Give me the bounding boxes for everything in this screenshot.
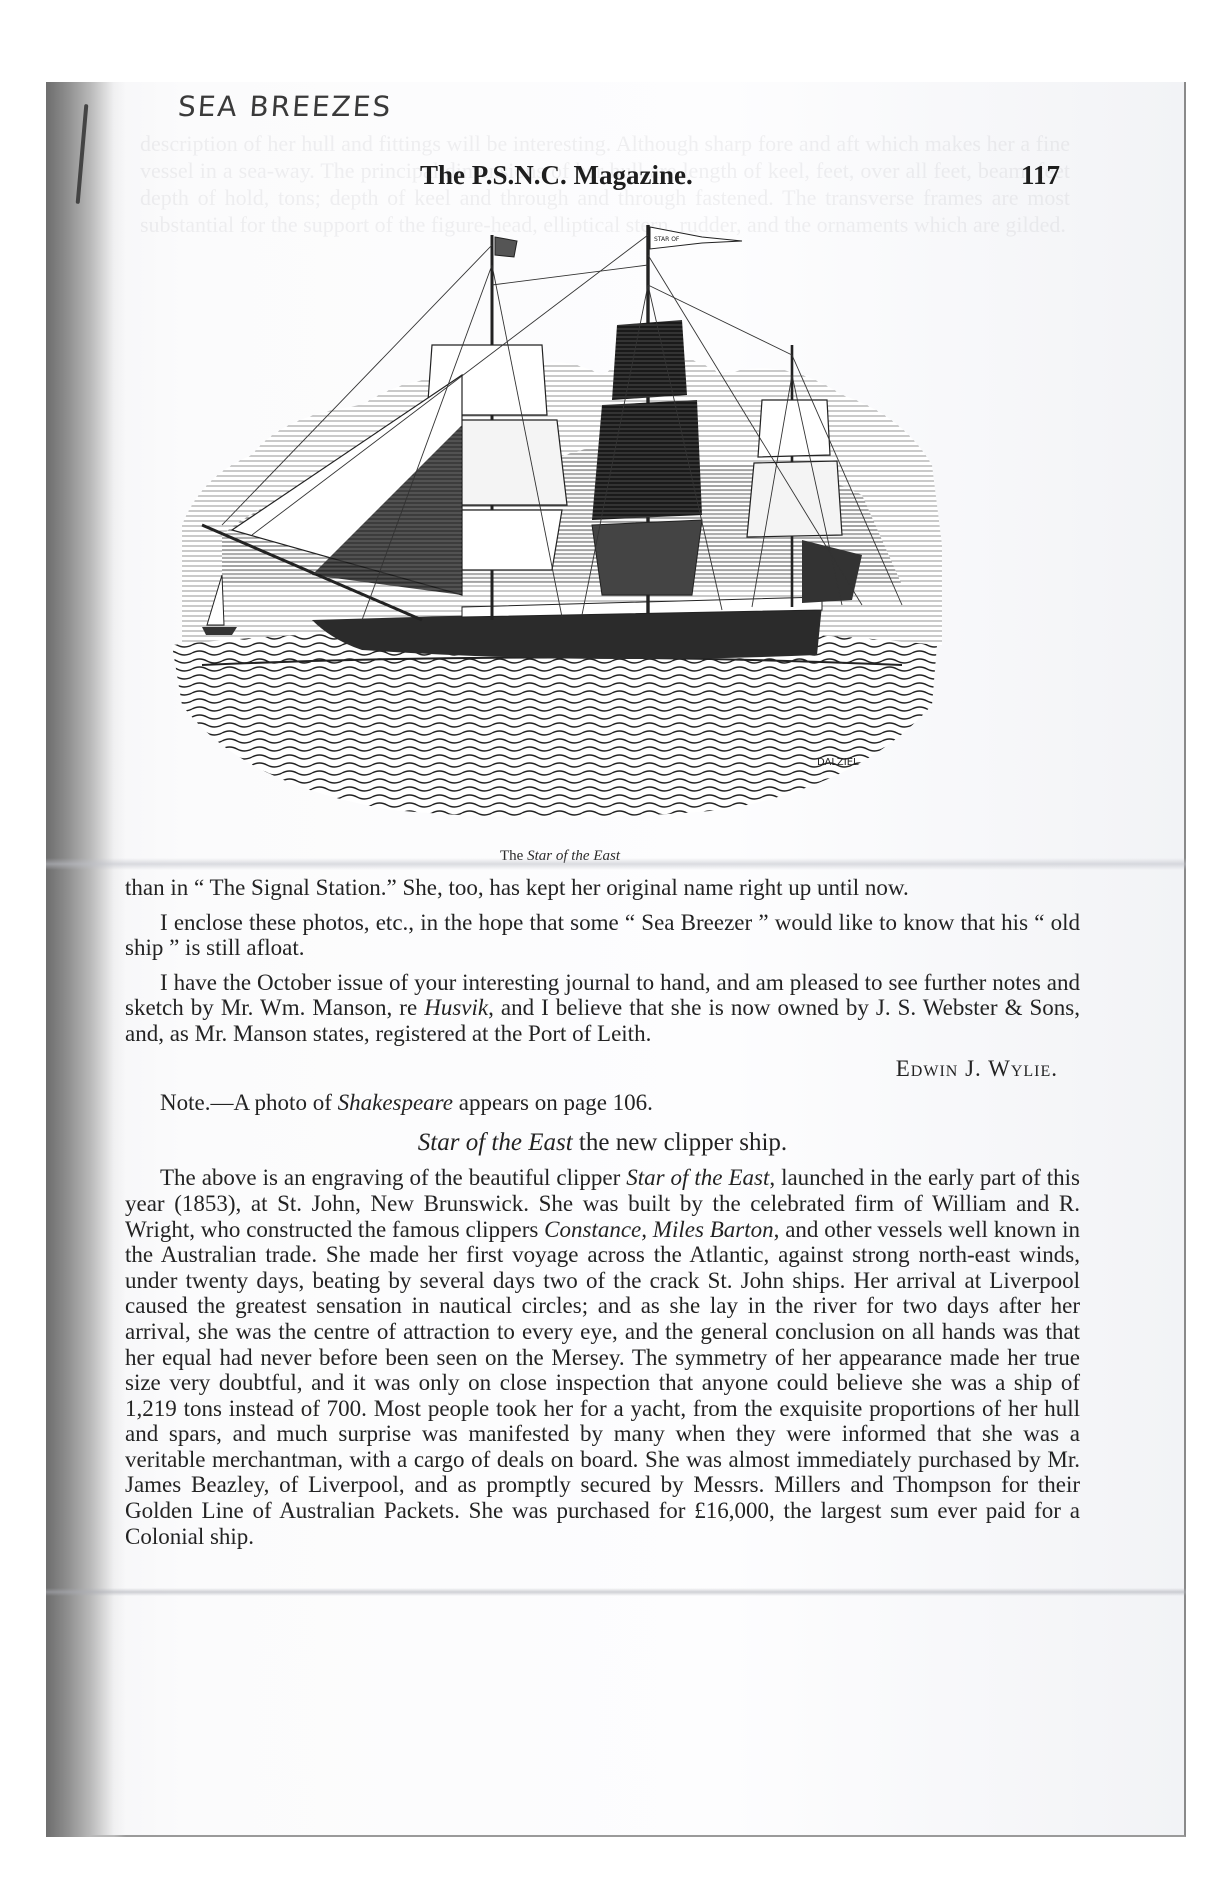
- editor-note: Note.—A photo of Shakespeare appears on …: [125, 1090, 1080, 1116]
- union-flag: [495, 237, 517, 257]
- letter-signature: Edwin J. Wylie.: [125, 1056, 1080, 1082]
- binding-shadow: [46, 82, 126, 1837]
- sea-waves: [172, 632, 937, 818]
- article-heading: Star of the East the new clipper ship.: [125, 1130, 1080, 1156]
- artist-signature: DALZIEL: [817, 757, 859, 768]
- fold-crease-lower: [46, 1588, 1186, 1596]
- article-paragraph: The above is an engraving of the beautif…: [125, 1165, 1080, 1549]
- ship-engraving: STAR OF DALZIEL: [162, 225, 942, 825]
- letter-paragraph: than in “ The Signal Station.” She, too,…: [125, 875, 1080, 901]
- running-head: The P.S.N.C. Magazine. 117: [420, 160, 1060, 191]
- handwritten-annotation: SEA BREEZES: [177, 90, 394, 123]
- letter-paragraph: I have the October issue of your interes…: [125, 970, 1080, 1047]
- page-body: than in “ The Signal Station.” She, too,…: [125, 875, 1080, 1549]
- fold-crease: [46, 858, 1186, 870]
- svg-text:STAR OF: STAR OF: [654, 236, 680, 243]
- page-number: 117: [1021, 160, 1060, 191]
- magazine-title: The P.S.N.C. Magazine.: [420, 160, 693, 191]
- letter-paragraph: I enclose these photos, etc., in the hop…: [125, 910, 1080, 961]
